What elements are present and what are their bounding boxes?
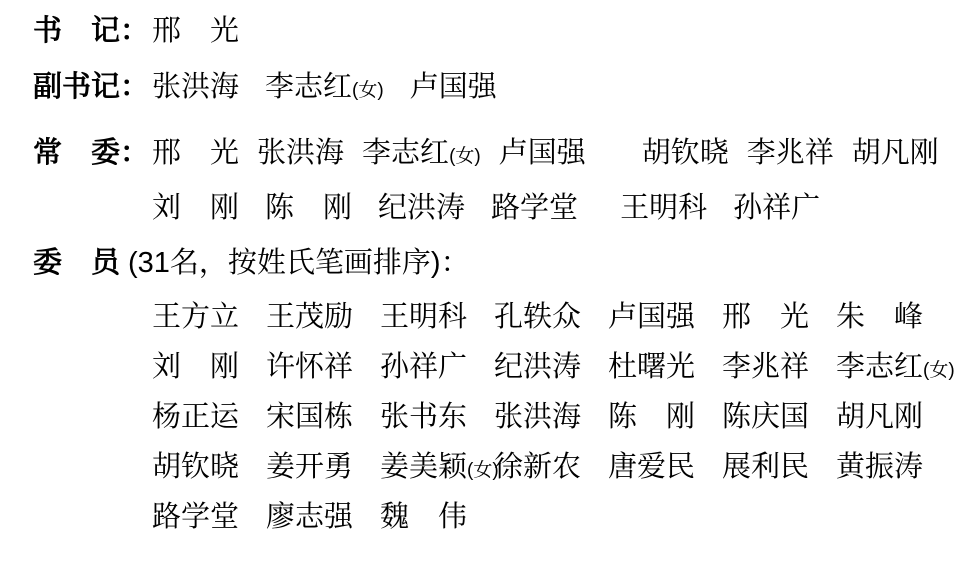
member-name: 李兆祥 xyxy=(722,350,836,400)
standing-member-name: 邢 光 xyxy=(152,136,239,174)
member-name: 王方立 xyxy=(152,300,266,350)
standing-member-name: 陈 刚 xyxy=(265,191,352,225)
member-name: 杜曙光 xyxy=(608,350,722,400)
standing-member-name: 李兆祥 xyxy=(747,136,834,174)
deputy-name: 张洪海 xyxy=(152,70,239,108)
standing-member-name: 孙祥广 xyxy=(733,191,820,225)
member-name: 展利民 xyxy=(722,450,836,500)
member-name: 王明科 xyxy=(380,300,494,350)
members-list: 王方立 王茂励 王明科 孔轶众 卢国强 邢 光 朱 峰 刘 刚 许怀祥 孙祥广 … xyxy=(152,300,950,550)
member-name: 陈庆国 xyxy=(722,400,836,450)
standing-member-name: 纪洪涛 xyxy=(378,191,465,225)
deputy-name: 卢国强 xyxy=(410,70,497,108)
member-name: 张洪海 xyxy=(494,400,608,450)
member-name: 张书东 xyxy=(380,400,494,450)
member-name: 胡凡刚 xyxy=(836,400,950,450)
member-name: 王茂励 xyxy=(266,300,380,350)
secretary-row: 书 记： 邢 光 xyxy=(33,14,239,48)
member-name: 姜开勇 xyxy=(266,450,380,500)
deputy-secretary-row: 副书记： 张洪海 李志红(女) 卢国强 xyxy=(33,70,497,108)
members-label: 委 员 xyxy=(33,247,120,279)
standing-member-name: 张洪海 xyxy=(257,136,344,174)
member-name: 朱 峰 xyxy=(836,300,950,350)
secretary-name: 邢 光 xyxy=(152,14,239,48)
member-name: 刘 刚 xyxy=(152,350,266,400)
deputy-name: 李志红(女) xyxy=(265,70,384,108)
member-name: 许怀祥 xyxy=(266,350,380,400)
members-count-note: (31名，按姓氏笔画排序)： xyxy=(128,247,470,279)
person-name: 李志红 xyxy=(836,351,923,383)
standing-member-name: 胡钦晓 xyxy=(642,136,729,174)
member-name: 陈 刚 xyxy=(608,400,722,450)
member-name: 卢国强 xyxy=(608,300,722,350)
standing-member-name: 胡凡刚 xyxy=(852,136,939,174)
document-page: 书 记： 邢 光 副书记： 张洪海 李志红(女) 卢国强 常 委： 邢 光 张洪… xyxy=(0,0,978,575)
member-name: 路学堂 xyxy=(152,500,266,550)
female-suffix: (女) xyxy=(449,146,481,167)
standing-member-name: 卢国强 xyxy=(499,136,586,174)
member-name: 杨正运 xyxy=(152,400,266,450)
member-name: 李志红(女) xyxy=(836,350,950,400)
member-name: 徐新农 xyxy=(494,450,608,500)
standing-committee-row-1: 常 委： 邢 光 张洪海 李志红(女) 卢国强 胡钦晓 李兆祥 胡凡刚 xyxy=(33,136,939,174)
standing-committee-label: 常 委： xyxy=(33,137,149,169)
member-name: 魏 伟 xyxy=(380,500,494,550)
female-suffix: (女) xyxy=(352,80,384,101)
standing-member-name: 路学堂 xyxy=(491,191,578,225)
secretary-label: 书 记： xyxy=(33,15,149,47)
deputy-secretary-label: 副书记： xyxy=(33,71,149,103)
member-name: 唐爱民 xyxy=(608,450,722,500)
standing-member-name: 李志红(女) xyxy=(362,136,481,174)
standing-member-name: 刘 刚 xyxy=(152,191,239,225)
member-name: 纪洪涛 xyxy=(494,350,608,400)
person-name: 姜美颖 xyxy=(380,451,467,483)
person-name: 李志红 xyxy=(265,71,352,103)
member-name: 邢 光 xyxy=(722,300,836,350)
member-name: 姜美颖(女) xyxy=(380,450,494,500)
person-name: 李志红 xyxy=(362,137,449,169)
members-header-row: 委 员(31名，按姓氏笔画排序)： xyxy=(33,246,470,280)
member-name: 孔轶众 xyxy=(494,300,608,350)
female-suffix: (女) xyxy=(923,360,955,381)
member-name: 黄振涛 xyxy=(836,450,950,500)
member-name: 胡钦晓 xyxy=(152,450,266,500)
standing-committee-row-2: 刘 刚 陈 刚 纪洪涛 路学堂 王明科 孙祥广 xyxy=(152,191,820,225)
member-name: 宋国栋 xyxy=(266,400,380,450)
member-name: 孙祥广 xyxy=(380,350,494,400)
member-name: 廖志强 xyxy=(266,500,380,550)
standing-member-name: 王明科 xyxy=(620,191,707,225)
